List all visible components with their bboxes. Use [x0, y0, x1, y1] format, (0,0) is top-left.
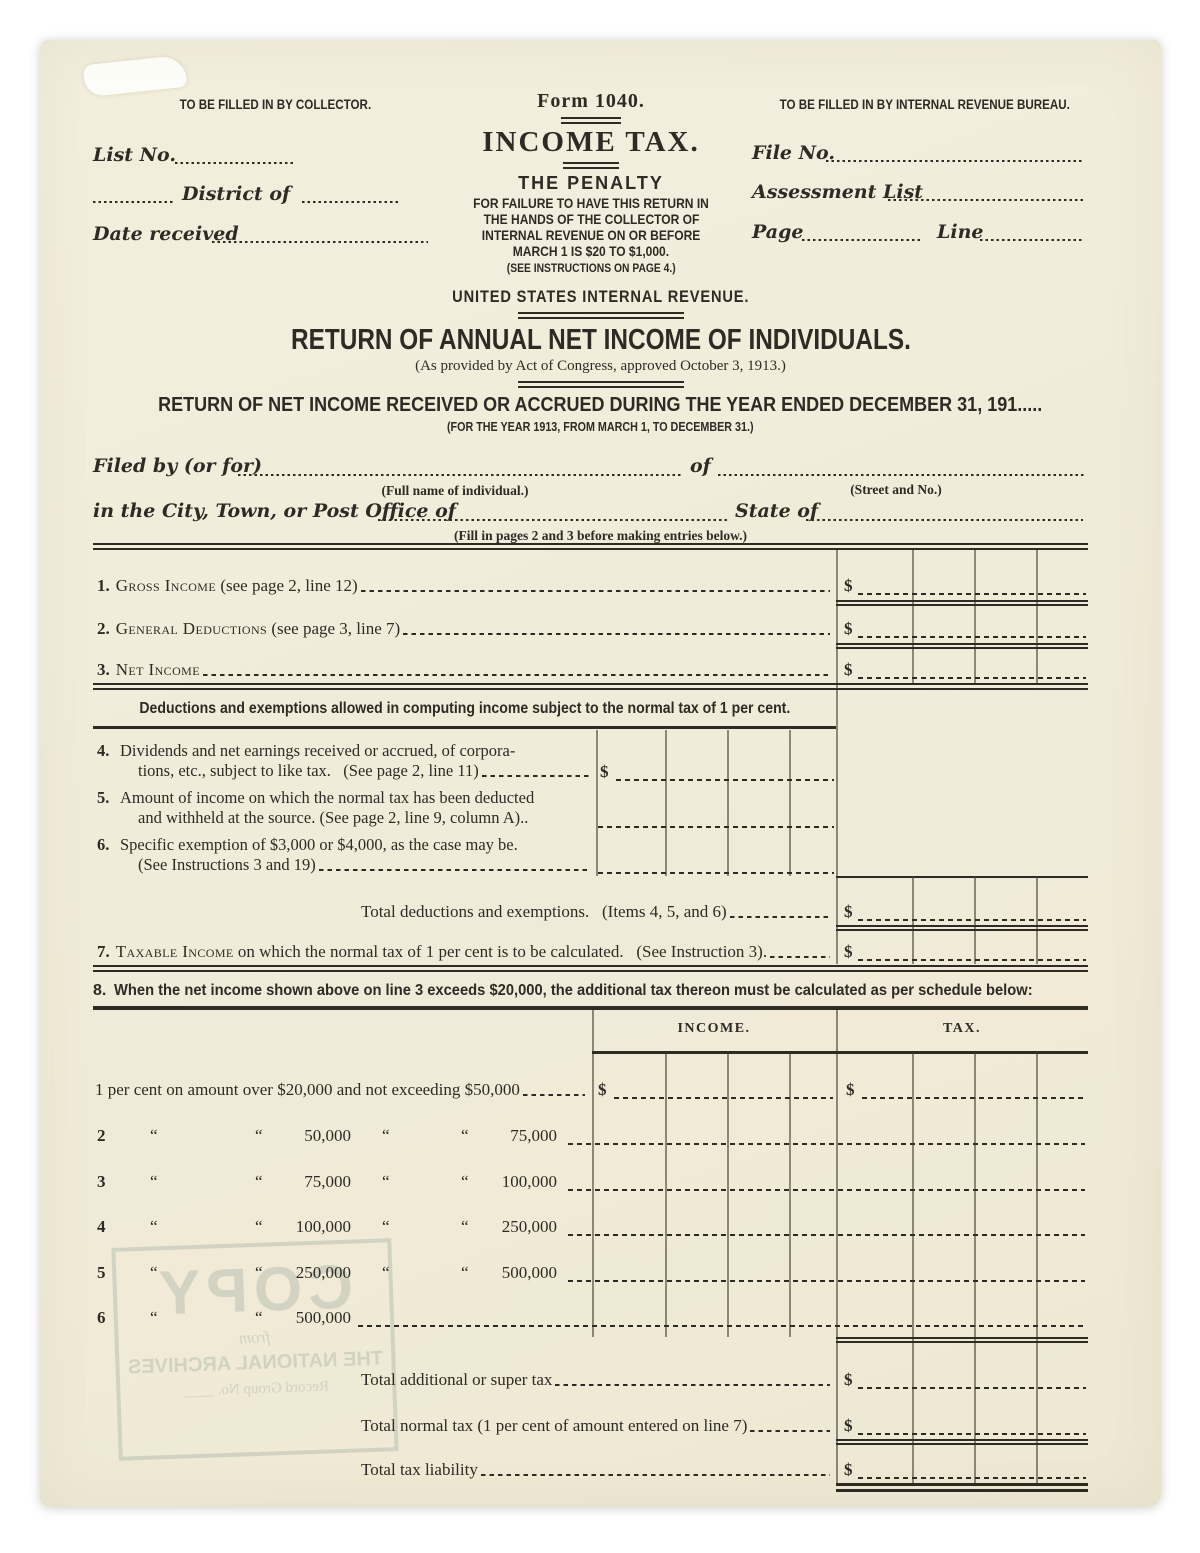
line-4-entry-blank — [616, 779, 834, 781]
line-6-number: 6. — [97, 835, 109, 855]
ditto-mark: “ — [382, 1263, 390, 1283]
line-6-entry-blank — [598, 872, 834, 874]
total-tax-liability-row: Total tax liability — [361, 1460, 833, 1480]
main-title: RETURN OF ANNUAL NET INCOME OF INDIVIDUA… — [40, 324, 1161, 357]
file-no-blank — [826, 160, 1083, 162]
line-2-amount-rule — [836, 643, 1088, 649]
list-no-blank — [175, 162, 293, 164]
schedule-row-5-number: 5 — [97, 1263, 106, 1283]
schedule-row-1-income-dollar: $ — [598, 1080, 607, 1100]
leader-line — [555, 1384, 830, 1386]
deduction-column-line — [789, 730, 791, 876]
city-blank — [378, 519, 728, 521]
line-1-amount-rule — [836, 600, 1088, 606]
total-tax-liability-blank — [858, 1477, 1086, 1479]
bureau-heading: TO BE FILLED IN BY INTERNAL REVENUE BURE… — [756, 97, 1076, 112]
line-1-number: 1. — [97, 576, 110, 596]
penalty-text-line-1: FOR FAILURE TO HAVE THIS RETURN IN — [444, 195, 738, 211]
act-note-rule — [518, 381, 684, 388]
date-received-blank — [212, 241, 428, 243]
line-5-number: 5. — [97, 788, 109, 808]
line-4-text-2: tions, etc., subject to like tax. (See p… — [138, 761, 479, 781]
schedule-row-3-upper: 100,000 — [442, 1172, 557, 1192]
line-3-number: 3. — [97, 660, 110, 680]
line-4-text-1: Dividends and net earnings received or a… — [120, 741, 515, 761]
line-2-row: 2. General Deductions (see page 3, line … — [97, 619, 833, 639]
schedule-income-line — [592, 1010, 594, 1337]
line-1-entry-blank — [858, 593, 1086, 595]
district-label: District of — [182, 183, 290, 205]
income-tax-title: INCOME TAX. — [460, 126, 722, 159]
leader-line — [730, 916, 830, 918]
line-7-label: Taxable Income — [116, 942, 234, 962]
ditto-mark: “ — [150, 1172, 158, 1192]
penalty-heading: THE PENALTY — [460, 173, 722, 194]
district-blank — [302, 201, 398, 203]
income-tax-rule — [563, 162, 619, 169]
stamp-record-text: Record Group No. ____ — [120, 1376, 392, 1402]
schedule-row-2-blank — [568, 1143, 1085, 1145]
stamp-org-text: THE NATIONAL ARCHIVES — [119, 1347, 392, 1379]
schedule-row-3-lower: 75,000 — [236, 1172, 351, 1192]
ditto-mark: “ — [382, 1172, 390, 1192]
schedule-row-4-upper: 250,000 — [442, 1217, 557, 1237]
us-internal-revenue-heading: UNITED STATES INTERNAL REVENUE. — [40, 287, 1161, 307]
list-no-label: List No. — [93, 144, 176, 166]
district-lead-blank — [93, 201, 175, 203]
line-1-dollar: $ — [844, 576, 853, 596]
line-3-dollar: $ — [844, 660, 853, 680]
total-normal-tax-label: Total normal tax (1 per cent of amount e… — [361, 1416, 747, 1436]
penalty-note: (SEE INSTRUCTIONS ON PAGE 4.) — [460, 261, 722, 275]
total-super-tax-row: Total additional or super tax — [361, 1370, 833, 1390]
full-name-note: (Full name of individual.) — [330, 483, 580, 499]
line-8-row: 8. When the net income shown above on li… — [93, 981, 1088, 1001]
income-column-heading: INCOME. — [592, 1021, 836, 1037]
money-column-line — [974, 550, 976, 683]
leader-line — [319, 869, 591, 871]
line-3-entry-blank — [858, 677, 1086, 679]
leader-line — [770, 956, 830, 958]
schedule-column-line — [912, 1053, 914, 1484]
schedule-row-1-tax-blank — [862, 1097, 1085, 1099]
line-6-text-2-row: (See Instructions 3 and 19) — [138, 855, 594, 875]
schedule-column-line — [789, 1053, 791, 1337]
schedule-row-6-number: 6 — [97, 1308, 106, 1328]
line-6-text-1: Specific exemption of $3,000 or $4,000, … — [120, 835, 518, 855]
form-number: Form 1040. — [515, 90, 667, 113]
schedule-row-1-income-blank — [614, 1097, 833, 1099]
total-super-tax-blank — [858, 1387, 1086, 1389]
schedule-row-4-lower: 100,000 — [236, 1217, 351, 1237]
leader-line — [482, 775, 591, 777]
leader-line — [403, 633, 830, 635]
form-number-rule — [561, 117, 621, 124]
schedule-column-line — [665, 1053, 667, 1337]
total-deductions-label: Total deductions and exemptions. (Items … — [361, 902, 727, 922]
of-label: of — [690, 455, 711, 477]
line-2-dollar: $ — [844, 619, 853, 639]
total-tax-liability-dollar: $ — [844, 1460, 853, 1480]
line-7-row: 7. Taxable Income on which the normal ta… — [97, 942, 833, 962]
line-2-number: 2. — [97, 619, 110, 639]
ditto-mark: “ — [150, 1263, 158, 1283]
schedule-row-2-upper: 75,000 — [442, 1126, 557, 1146]
line-5-entry-blank — [598, 826, 834, 828]
assessment-list-blank — [888, 199, 1083, 201]
line-2-detail: (see page 3, line 7) — [267, 619, 400, 639]
tax-column-heading: TAX. — [836, 1021, 1088, 1037]
schedule-row-5-lower: 250,000 — [236, 1263, 351, 1283]
ditto-mark: “ — [150, 1126, 158, 1146]
line-7-dollar: $ — [844, 942, 853, 962]
line-4-text-2-row: tions, etc., subject to like tax. (See p… — [138, 761, 594, 781]
line-7-number: 7. — [97, 942, 110, 962]
deductions-heading: Deductions and exemptions allowed in com… — [93, 700, 836, 718]
deduction-column-line — [596, 730, 598, 876]
penalty-text-line-2: THE HANDS OF THE COLLECTOR OF — [444, 211, 738, 227]
line-blank — [980, 239, 1083, 241]
ditto-mark: “ — [382, 1126, 390, 1146]
schedule-row-6-rule — [836, 1337, 1088, 1343]
total-deductions-dollar: $ — [844, 902, 853, 922]
line-3-label: Net Income — [116, 660, 200, 680]
schedule-divider-line — [836, 1010, 838, 1484]
schedule-row-6-blank — [358, 1325, 1085, 1327]
year-note: (FOR THE YEAR 1913, FROM MARCH 1, TO DEC… — [40, 420, 1161, 434]
ditto-mark: “ — [150, 1308, 158, 1328]
line-1-row: 1. Gross Income (see page 2, line 12) — [97, 576, 833, 596]
line-1-label: Gross Income — [116, 576, 216, 596]
line-2-entry-blank — [858, 636, 1086, 638]
line-8-text: When the net income shown above on line … — [114, 981, 1033, 1001]
schedule-column-line — [727, 1053, 729, 1337]
schedule-row-2-lower: 50,000 — [236, 1126, 351, 1146]
money-column-line — [912, 550, 914, 683]
schedule-row-1-tax-dollar: $ — [846, 1080, 855, 1100]
line-8-number: 8. — [93, 981, 106, 1001]
line-5-text-1: Amount of income on which the normal tax… — [120, 788, 534, 808]
line-7-detail: on which the normal tax of 1 per cent is… — [234, 942, 767, 962]
money-column-line — [836, 550, 838, 964]
schedule-column-line — [1036, 1053, 1038, 1484]
schedule-row-3-number: 3 — [97, 1172, 106, 1192]
schedule-row-3-blank — [568, 1189, 1085, 1191]
line-2-label: General Deductions — [116, 619, 267, 639]
total-super-tax-dollar: $ — [844, 1370, 853, 1390]
total-tax-liability-rule — [836, 1483, 1088, 1492]
total-deductions-row: Total deductions and exemptions. (Items … — [361, 902, 833, 922]
total-normal-tax-dollar: $ — [844, 1416, 853, 1436]
file-no-label: File No. — [752, 142, 835, 164]
line-3-row: 3. Net Income — [97, 660, 833, 680]
money-grid-rule — [836, 876, 1088, 878]
leader-line — [481, 1474, 830, 1476]
line-7-rule — [93, 965, 1088, 972]
money-column-line — [1036, 550, 1038, 683]
schedule-row-4-number: 4 — [97, 1217, 106, 1237]
page-blank — [802, 239, 920, 241]
schedule-row-6-lower: 500,000 — [236, 1308, 351, 1328]
year-heading: RETURN OF NET INCOME RECEIVED OR ACCRUED… — [40, 394, 1161, 417]
total-normal-tax-row: Total normal tax (1 per cent of amount e… — [361, 1416, 833, 1436]
deduction-column-line — [727, 730, 729, 876]
schedule-row: 1 per cent on amount over $20,000 and no… — [95, 1080, 588, 1100]
schedule-row-1-label: 1 per cent on amount over $20,000 and no… — [95, 1080, 520, 1100]
total-deductions-rule — [836, 925, 1088, 931]
line-4-number: 4. — [97, 741, 109, 761]
ditto-mark: “ — [382, 1217, 390, 1237]
leader-line — [361, 590, 830, 592]
line-4-dollar: $ — [600, 762, 609, 782]
us-internal-revenue-rule — [518, 312, 684, 319]
act-note: (As provided by Act of Congress, approve… — [40, 358, 1161, 375]
ditto-mark: “ — [150, 1217, 158, 1237]
schedule-row-5-blank — [568, 1280, 1085, 1282]
total-tax-liability-label: Total tax liability — [361, 1460, 478, 1480]
total-normal-tax-blank — [858, 1433, 1086, 1435]
street-note: (Street and No.) — [786, 482, 1006, 498]
leader-line — [203, 674, 830, 676]
tape-mark — [83, 55, 188, 97]
penalty-text-line-3: INTERNAL REVENUE ON OR BEFORE — [444, 227, 738, 243]
line-5-text-2: and withheld at the source. (See page 2,… — [138, 808, 528, 828]
deductions-rule — [93, 726, 836, 729]
line-7-entry-blank — [858, 959, 1086, 961]
total-deductions-entry-blank — [858, 919, 1086, 921]
page-label: Page — [752, 221, 803, 243]
leader-line — [523, 1094, 585, 1096]
filed-by-label: Filed by (or for) — [93, 455, 262, 477]
line-3-rule — [93, 683, 1088, 690]
schedule-row-4-blank — [568, 1234, 1085, 1236]
total-normal-tax-rule — [836, 1439, 1088, 1445]
schedule-column-line — [974, 1053, 976, 1484]
state-blank — [806, 519, 1083, 521]
schedule-top-rule — [93, 1006, 1088, 1010]
schedule-row-5-upper: 500,000 — [442, 1263, 557, 1283]
deduction-column-line — [665, 730, 667, 876]
line-6-text-2: (See Instructions 3 and 19) — [138, 855, 316, 875]
total-super-tax-label: Total additional or super tax — [361, 1370, 552, 1390]
street-blank — [718, 474, 1084, 476]
collector-heading: TO BE FILLED IN BY COLLECTOR. — [140, 97, 410, 112]
filed-by-blank — [238, 474, 682, 476]
schedule-row-2-number: 2 — [97, 1126, 106, 1146]
leader-line — [750, 1430, 830, 1432]
line-label: Line — [937, 221, 983, 243]
line-1-detail: (see page 2, line 12) — [216, 576, 358, 596]
form-page: COPY from THE NATIONAL ARCHIVES Record G… — [40, 40, 1161, 1507]
table-top-rule — [93, 543, 1088, 550]
penalty-text-line-4: MARCH 1 IS $20 TO $1,000. — [444, 243, 738, 259]
fill-note: (Fill in pages 2 and 3 before making ent… — [40, 528, 1161, 544]
